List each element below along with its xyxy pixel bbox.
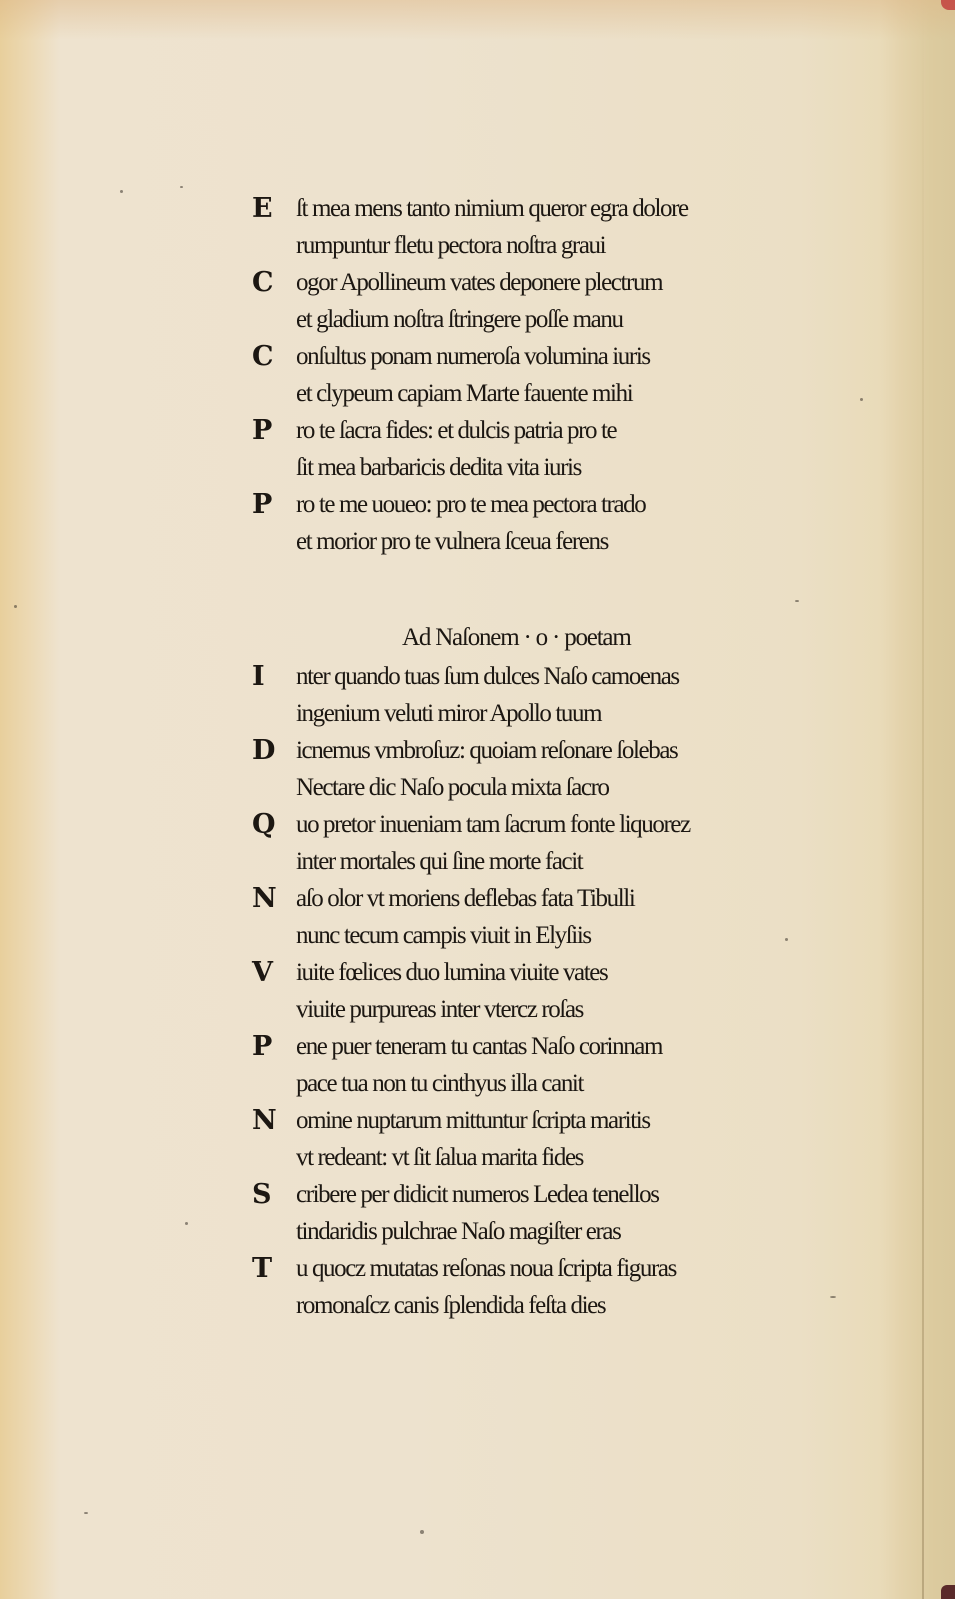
verse-line: et morior pro te vulnera ſceua ferens <box>252 523 892 560</box>
verse-text: rumpuntur fletu pectora noſtra graui <box>296 227 605 264</box>
drop-initial: P <box>252 486 272 523</box>
verse-line: V iuite fœlices duo lumina viuite vates <box>252 954 892 991</box>
drop-initial: C <box>252 338 274 375</box>
verse-text: et gladium noſtra ſtringere poſſe manu <box>296 301 623 338</box>
verse-line: nunc tecum campis viuit in Elyſiis <box>252 917 892 954</box>
verse-text: onſultus ponam numeroſa volumina iuris <box>296 338 650 375</box>
verse-text: ſit mea barbaricis dedita vita iuris <box>296 449 581 486</box>
verse-line: pace tua non tu cinthyus illa canit <box>252 1065 892 1102</box>
verse-line: ſit mea barbaricis dedita vita iuris <box>252 449 892 486</box>
ink-speck <box>185 1222 188 1225</box>
drop-initial: P <box>252 1028 272 1065</box>
verse-line: vt redeant: vt ſit ſalua marita fides <box>252 1139 892 1176</box>
verse-text: nunc tecum campis viuit in Elyſiis <box>296 917 591 954</box>
verse-line: C onſultus ponam numeroſa volumina iuris <box>252 338 892 375</box>
drop-initial: E <box>252 190 273 227</box>
verse-line: tindaridis pulchrae Naſo magiſter eras <box>252 1213 892 1250</box>
drop-initial: C <box>252 264 274 301</box>
verse-text: iuite fœlices duo lumina viuite vates <box>296 954 607 991</box>
verse-text: ingenium veluti miror Apollo tuum <box>296 695 601 732</box>
verse-line: et gladium noſtra ſtringere poſſe manu <box>252 301 892 338</box>
verse-line: C ogor Apollineum vates deponere plectru… <box>252 264 892 301</box>
drop-initial: N <box>252 880 277 917</box>
drop-initial: N <box>252 1102 277 1139</box>
ink-speck <box>120 190 123 193</box>
drop-initial: P <box>252 412 272 449</box>
drop-initial: V <box>252 954 273 991</box>
verse-line: I nter quando tuas ſum dulces Naſo camoe… <box>252 658 892 695</box>
verse-text: uo pretor inueniam tam ſacrum fonte liqu… <box>296 806 690 843</box>
verse-text: ro te ſacra fides: et dulcis patria pro … <box>296 412 616 449</box>
verse-line: et clypeum capiam Marte fauente mihi <box>252 375 892 412</box>
drop-initial: I <box>252 658 265 695</box>
verse-line: E ſt mea mens tanto nimium queror egra d… <box>252 190 892 227</box>
ink-speck <box>420 1530 424 1534</box>
page-edge-bottom <box>941 1585 955 1599</box>
verse-text: pace tua non tu cinthyus illa canit <box>296 1065 583 1102</box>
page-edge-red-top <box>941 0 955 10</box>
verse-text: omine nuptarum mittuntur ſcripta maritis <box>296 1102 650 1139</box>
ink-speck <box>14 605 17 608</box>
ink-speck <box>84 1512 88 1514</box>
drop-initial: S <box>252 1176 272 1213</box>
verse-text: et clypeum capiam Marte fauente mihi <box>296 375 632 412</box>
stanza-gap <box>252 560 892 618</box>
verse-line: ingenium veluti miror Apollo tuum <box>252 695 892 732</box>
verse-line: P ro te ſacra fides: et dulcis patria pr… <box>252 412 892 449</box>
verse-line: N aſo olor vt moriens deflebas fata Tibu… <box>252 880 892 917</box>
verse-text: icnemus vmbroſuz: quoiam reſonare ſoleba… <box>296 732 677 769</box>
drop-initial: Q <box>252 806 276 843</box>
poem-heading: Ad Naſonem · o · poetam <box>252 618 892 658</box>
verse-text: Nectare dic Naſo pocula mixta ſacro <box>296 769 609 806</box>
verse-text: inter mortales qui ſine morte facit <box>296 843 582 880</box>
verse-line: N omine nuptarum mittuntur ſcripta marit… <box>252 1102 892 1139</box>
verse-line: D icnemus vmbroſuz: quoiam reſonare ſole… <box>252 732 892 769</box>
verse-line: T u quocz mutatas reſonas noua ſcripta f… <box>252 1250 892 1287</box>
verse-line: P ro te me uoueo: pro te mea pectora tra… <box>252 486 892 523</box>
ink-speck <box>180 186 183 188</box>
drop-initial: D <box>252 732 275 769</box>
page-fold-line <box>922 0 924 1599</box>
drop-initial: T <box>252 1250 272 1287</box>
verse-text: ogor Apollineum vates deponere plectrum <box>296 264 662 301</box>
verse-text: aſo olor vt moriens deflebas fata Tibull… <box>296 880 634 917</box>
verse-text: vt redeant: vt ſit ſalua marita fides <box>296 1139 583 1176</box>
verse-line: inter mortales qui ſine morte facit <box>252 843 892 880</box>
verse-text: viuite purpureas inter vtercz roſas <box>296 991 583 1028</box>
verse-text: ene puer teneram tu cantas Naſo corinnam <box>296 1028 662 1065</box>
verse-text: cribere per didicit numeros Ledea tenell… <box>296 1176 659 1213</box>
verse-line: romonaſcz canis ſplendida feſta dies <box>252 1287 892 1324</box>
verse-text: romonaſcz canis ſplendida feſta dies <box>296 1287 605 1324</box>
poem-text-block: E ſt mea mens tanto nimium queror egra d… <box>252 190 892 1324</box>
verse-line: Q uo pretor inueniam tam ſacrum fonte li… <box>252 806 892 843</box>
verse-line: Nectare dic Naſo pocula mixta ſacro <box>252 769 892 806</box>
verse-line: rumpuntur fletu pectora noſtra graui <box>252 227 892 264</box>
verse-line: viuite purpureas inter vtercz roſas <box>252 991 892 1028</box>
book-page: E ſt mea mens tanto nimium queror egra d… <box>0 0 955 1599</box>
verse-text: tindaridis pulchrae Naſo magiſter eras <box>296 1213 620 1250</box>
verse-text: ſt mea mens tanto nimium queror egra dol… <box>296 190 688 227</box>
verse-text: nter quando tuas ſum dulces Naſo camoena… <box>296 658 679 695</box>
verse-line: S cribere per didicit numeros Ledea tene… <box>252 1176 892 1213</box>
verse-line: P ene puer teneram tu cantas Naſo corinn… <box>252 1028 892 1065</box>
verse-text: et morior pro te vulnera ſceua ferens <box>296 523 608 560</box>
verse-text: ro te me uoueo: pro te mea pectora trado <box>296 486 645 523</box>
verse-text: u quocz mutatas reſonas noua ſcripta fig… <box>296 1250 676 1287</box>
